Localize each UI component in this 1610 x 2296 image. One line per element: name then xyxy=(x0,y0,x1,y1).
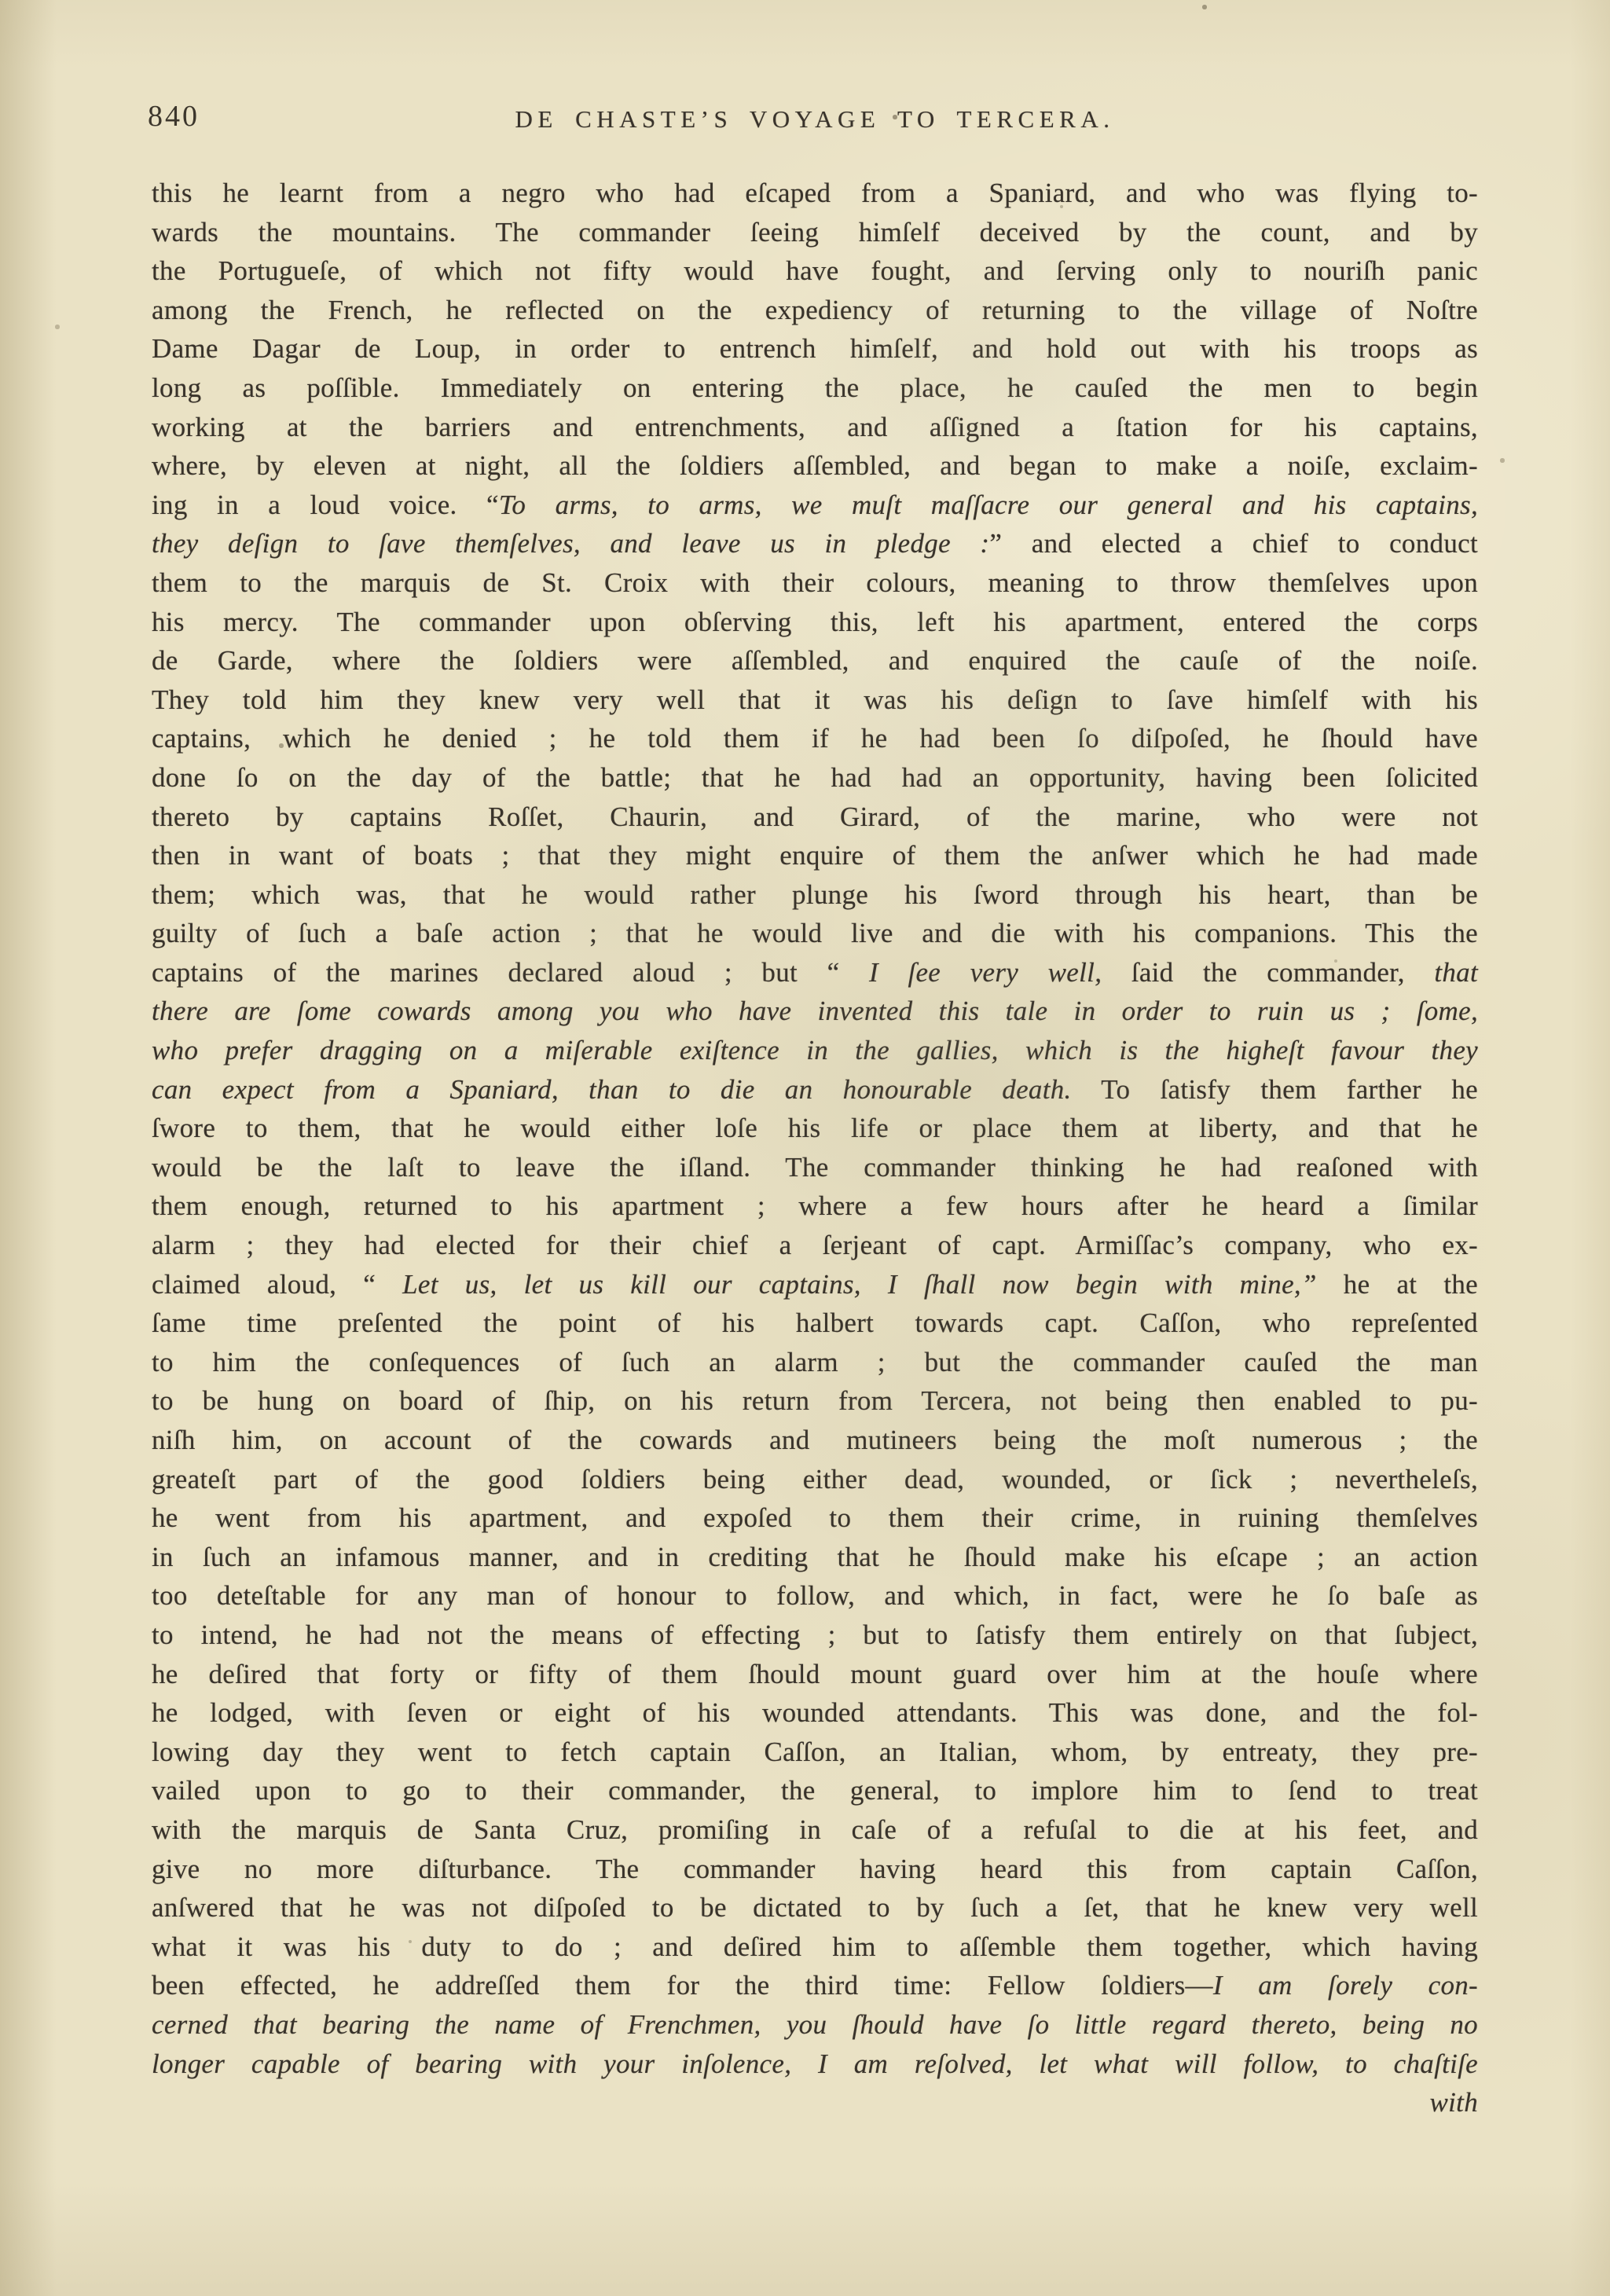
roman-segment: lowing day they went to fetch captain Ca… xyxy=(152,1737,1478,1767)
text-line: in ſuch an infamous manner, and in credi… xyxy=(152,1538,1478,1577)
roman-segment: been effected, he addreſſed them for the… xyxy=(152,1970,1213,2001)
roman-segment: long as poſſible. Immediately on enterin… xyxy=(152,372,1478,403)
roman-segment: alarm ; they had elected for their chief… xyxy=(152,1230,1478,1260)
roman-segment: wards the mountains. The commander ſeein… xyxy=(152,217,1478,248)
text-line: been effected, he addreſſed them for the… xyxy=(152,1966,1478,2005)
text-line: give no more diſturbance. The commander … xyxy=(152,1850,1478,1889)
text-line: vailed upon to go to their commander, th… xyxy=(152,1771,1478,1810)
roman-segment: with the marquis de Santa Cruz, promiſin… xyxy=(152,1814,1478,1845)
text-line: They told him they knew very well that i… xyxy=(152,680,1478,720)
text-line: with the marquis de Santa Cruz, promiſin… xyxy=(152,1810,1478,1850)
text-line: to be hung on board of ſhip, on his retu… xyxy=(152,1381,1478,1421)
text-line: he deſired that forty or fifty of them ſ… xyxy=(152,1655,1478,1694)
italic-segment: I ſee very well, xyxy=(869,957,1102,988)
roman-segment: claimed aloud, “ xyxy=(152,1269,402,1300)
italic-segment: they deſign to ſave themſelves, and leav… xyxy=(152,528,989,559)
text-line: among the French, he reflected on the ex… xyxy=(152,291,1478,330)
roman-segment: guilty of ſuch a baſe action ; that he w… xyxy=(152,918,1478,948)
italic-segment: cerned that bearing the name of Frenchme… xyxy=(152,2009,1478,2040)
italic-segment: Let us, let us kill our captains, I ſhal… xyxy=(402,1269,1317,1300)
italic-segment: there are ſome cowards among you who hav… xyxy=(152,996,1478,1026)
text-line: them enough, returned to his apartment ;… xyxy=(152,1187,1478,1226)
text-line: what it was his duty to do ; and deſired… xyxy=(152,1927,1478,1967)
roman-segment: ing in a loud voice. “ xyxy=(152,490,499,520)
roman-segment: then in want of boats ; that they might … xyxy=(152,840,1478,871)
text-line: can expect from a Spaniard, than to die … xyxy=(152,1070,1478,1109)
roman-segment: the Portugueſe, of which not fifty would… xyxy=(152,255,1478,286)
roman-segment: de Garde, where the ſoldiers were aſſemb… xyxy=(152,645,1478,676)
roman-segment: ” and elected a chief to conduct xyxy=(989,528,1478,559)
book-page: 840 DE CHASTE’S VOYAGE TO TERCERA. this … xyxy=(0,0,1610,2296)
text-line: thereto by captains Roſſet, Chaurin, and… xyxy=(152,798,1478,837)
roman-segment: in ſuch an infamous manner, and in credi… xyxy=(152,1542,1478,1572)
text-line: he lodged, with ſeven or eight of his wo… xyxy=(152,1693,1478,1733)
roman-segment: he lodged, with ſeven or eight of his wo… xyxy=(152,1697,1478,1728)
text-line: where, by eleven at night, all the ſoldi… xyxy=(152,446,1478,486)
text-line: guilty of ſuch a baſe action ; that he w… xyxy=(152,914,1478,953)
text-line: who prefer dragging on a miſerable exiſt… xyxy=(152,1031,1478,1070)
text-line: they deſign to ſave themſelves, and leav… xyxy=(152,524,1478,563)
text-line: niſh him, on account of the cowards and … xyxy=(152,1421,1478,1460)
roman-segment: to be hung on board of ſhip, on his retu… xyxy=(152,1385,1478,1416)
roman-segment: to him the conſequences of ſuch an alarm… xyxy=(152,1347,1478,1377)
text-line: too deteſtable for any man of honour to … xyxy=(152,1576,1478,1616)
text-line: captains of the marines declared aloud ;… xyxy=(152,953,1478,992)
text-line: there are ſome cowards among you who hav… xyxy=(152,992,1478,1031)
italic-segment: can expect from a Spaniard, than to die … xyxy=(152,1074,1072,1105)
text-line: his mercy. The commander upon obſerving … xyxy=(152,603,1478,642)
roman-segment: They told him they knew very well that i… xyxy=(152,684,1478,715)
text-line: wards the mountains. The commander ſeein… xyxy=(152,213,1478,252)
roman-segment: would be the laſt to leave the iſland. T… xyxy=(152,1152,1478,1183)
text-line: them to the marquis de St. Croix with th… xyxy=(152,563,1478,603)
roman-segment: vailed upon to go to their commander, th… xyxy=(152,1775,1478,1806)
roman-segment: them to the marquis de St. Croix with th… xyxy=(152,567,1478,598)
text-line: to intend, he had not the means of effec… xyxy=(152,1616,1478,1655)
text-line: longer capable of bearing with your inſo… xyxy=(152,2045,1478,2084)
roman-segment: too deteſtable for any man of honour to … xyxy=(152,1580,1478,1611)
roman-segment: where, by eleven at night, all the ſoldi… xyxy=(152,450,1478,481)
roman-segment: among the French, he reflected on the ex… xyxy=(152,295,1478,325)
roman-segment: niſh him, on account of the cowards and … xyxy=(152,1425,1478,1455)
roman-segment: To ſatisfy them farther he xyxy=(1072,1074,1478,1105)
roman-segment: ſwore to them, that he would either loſe… xyxy=(152,1113,1478,1143)
text-line: greateſt part of the good ſoldiers being… xyxy=(152,1460,1478,1499)
roman-segment: he at the xyxy=(1317,1269,1478,1300)
text-line: ing in a loud voice. “To arms, to arms, … xyxy=(152,486,1478,525)
roman-segment: captains, which he denied ; he told them… xyxy=(152,723,1478,754)
text-line: lowing day they went to fetch captain Ca… xyxy=(152,1733,1478,1772)
text-line: alarm ; they had elected for their chief… xyxy=(152,1226,1478,1265)
italic-segment: longer capable of bearing with your inſo… xyxy=(152,2048,1478,2079)
roman-segment: he went from his apartment, and expoſed … xyxy=(152,1502,1478,1533)
text-line: cerned that bearing the name of Frenchme… xyxy=(152,2005,1478,2045)
text-line: ſame time preſented the point of his hal… xyxy=(152,1304,1478,1343)
roman-segment: captains of the marines declared aloud ;… xyxy=(152,957,869,988)
text-line: anſwered that he was not diſpoſed to be … xyxy=(152,1888,1478,1927)
text-line: working at the barriers and entrenchment… xyxy=(152,408,1478,447)
text-line: ſwore to them, that he would either loſe… xyxy=(152,1109,1478,1148)
text-line: them; which was, that he would rather pl… xyxy=(152,875,1478,915)
italic-segment: who prefer dragging on a miſerable exiſt… xyxy=(152,1035,1478,1065)
italic-segment: To arms, to arms, we muſt maſſacre our g… xyxy=(499,490,1478,520)
roman-segment: ſaid the commander, xyxy=(1102,957,1434,988)
roman-segment: Dame Dagar de Loup, in order to entrench… xyxy=(152,333,1478,364)
roman-segment: ſame time preſented the point of his hal… xyxy=(152,1308,1478,1338)
italic-segment: I am ſorely con- xyxy=(1213,1970,1478,2001)
paper-specks xyxy=(0,0,2,2)
catchword: with xyxy=(152,2083,1478,2122)
roman-segment: this he learnt from a negro who had eſca… xyxy=(152,178,1478,208)
text-line: long as poſſible. Immediately on enterin… xyxy=(152,369,1478,408)
roman-segment: his mercy. The commander upon obſerving … xyxy=(152,607,1478,637)
text-line: the Portugueſe, of which not fifty would… xyxy=(152,251,1478,291)
text-line: he went from his apartment, and expoſed … xyxy=(152,1498,1478,1538)
roman-segment: done ſo on the day of the battle; that h… xyxy=(152,762,1478,793)
text-line: this he learnt from a negro who had eſca… xyxy=(152,174,1478,213)
roman-segment: working at the barriers and entrenchment… xyxy=(152,412,1478,442)
roman-segment: them; which was, that he would rather pl… xyxy=(152,879,1478,910)
text-line: Dame Dagar de Loup, in order to entrench… xyxy=(152,329,1478,369)
roman-segment: to intend, he had not the means of effec… xyxy=(152,1619,1478,1650)
text-line: would be the laſt to leave the iſland. T… xyxy=(152,1148,1478,1187)
text-line: de Garde, where the ſoldiers were aſſemb… xyxy=(152,641,1478,680)
running-title: DE CHASTE’S VOYAGE TO TERCERA. xyxy=(152,105,1478,134)
text-line: to him the conſequences of ſuch an alarm… xyxy=(152,1343,1478,1382)
roman-segment: thereto by captains Roſſet, Chaurin, and… xyxy=(152,801,1478,832)
roman-segment: greateſt part of the good ſoldiers being… xyxy=(152,1464,1478,1495)
roman-segment: he deſired that forty or fifty of them ſ… xyxy=(152,1659,1478,1689)
italic-segment: that xyxy=(1434,957,1478,988)
roman-segment: them enough, returned to his apartment ;… xyxy=(152,1190,1478,1221)
roman-segment: give no more diſturbance. The commander … xyxy=(152,1854,1478,1884)
text-line: done ſo on the day of the battle; that h… xyxy=(152,758,1478,798)
roman-segment: what it was his duty to do ; and deſired… xyxy=(152,1931,1478,1962)
text-block: this he learnt from a negro who had eſca… xyxy=(152,174,1478,2122)
roman-segment: anſwered that he was not diſpoſed to be … xyxy=(152,1892,1478,1923)
text-line: then in want of boats ; that they might … xyxy=(152,836,1478,875)
text-line: claimed aloud, “ Let us, let us kill our… xyxy=(152,1265,1478,1304)
text-line: captains, which he denied ; he told them… xyxy=(152,719,1478,758)
